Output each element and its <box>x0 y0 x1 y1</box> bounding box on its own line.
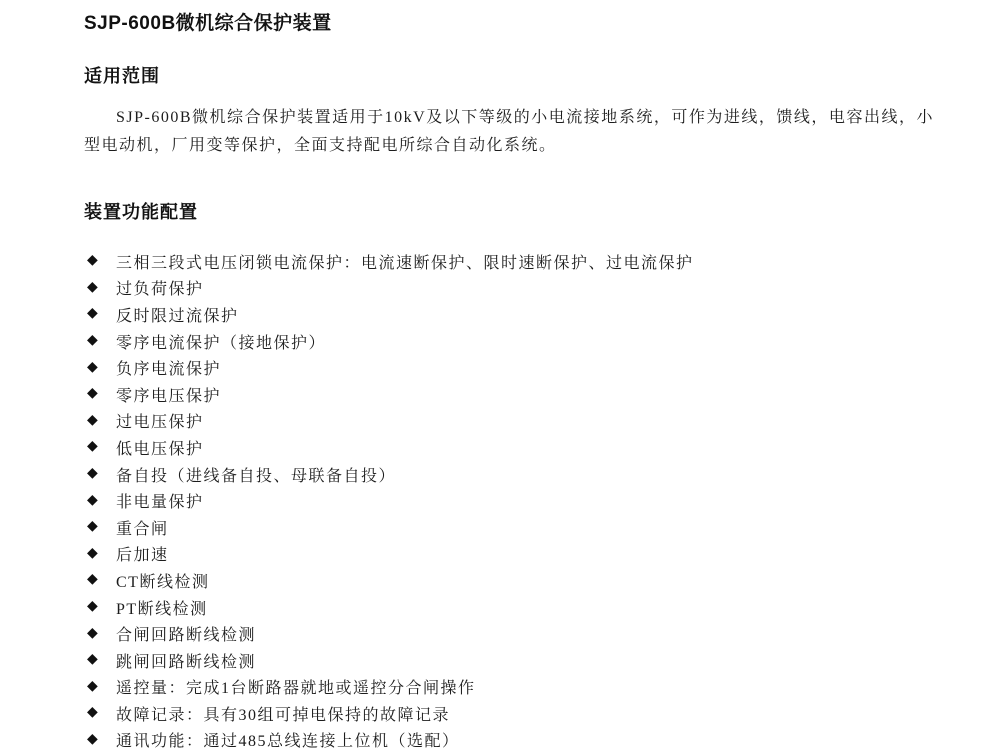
list-item-label: 零序电流保护（接地保护） <box>116 330 326 353</box>
list-item-label: 跳闸回路断线检测 <box>116 649 256 672</box>
list-item-label: 非电量保护 <box>116 489 204 512</box>
list-item: ◆ 反时限过流保护 <box>84 301 934 328</box>
diamond-bullet-icon: ◆ <box>87 573 102 587</box>
section-heading-scope: 适用范围 <box>84 64 934 88</box>
list-item-label: 合闸回路断线检测 <box>116 622 256 645</box>
document-page: SJP-600B微机综合保护装置 适用范围 SJP-600B微机综合保护装置适用… <box>0 0 1000 753</box>
list-item-label: 低电压保护 <box>116 436 204 459</box>
diamond-bullet-icon: ◆ <box>87 414 102 428</box>
diamond-bullet-icon: ◆ <box>87 467 102 481</box>
list-item: ◆ 备自投（进线备自投、母联备自投） <box>84 461 934 488</box>
diamond-bullet-icon: ◆ <box>87 281 102 295</box>
diamond-bullet-icon: ◆ <box>87 387 102 401</box>
list-item-label: 遥控量：完成1台断路器就地或遥控分合闸操作 <box>116 675 476 698</box>
list-item-label: 备自投（进线备自投、母联备自投） <box>116 463 396 486</box>
list-item: ◆ 过电压保护 <box>84 408 934 435</box>
diamond-bullet-icon: ◆ <box>87 254 102 268</box>
list-item-label: 过电压保护 <box>116 409 204 432</box>
list-item-label: 负序电流保护 <box>116 356 221 379</box>
list-item: ◆ 重合闸 <box>84 514 934 541</box>
list-item-label: 故障记录：具有30组可掉电保持的故障记录 <box>116 702 450 725</box>
list-item: ◆ 通讯功能：通过485总线连接上位机（选配） <box>84 727 934 753</box>
list-item-label: 过负荷保护 <box>116 276 204 299</box>
list-item: ◆ 过负荷保护 <box>84 275 934 302</box>
section-heading-functions: 装置功能配置 <box>84 200 934 224</box>
list-item: ◆ 跳闸回路断线检测 <box>84 647 934 674</box>
list-item-label: 反时限过流保护 <box>116 303 239 326</box>
list-item-label: CT断线检测 <box>116 569 209 592</box>
diamond-bullet-icon: ◆ <box>87 733 102 747</box>
list-item: ◆ 低电压保护 <box>84 434 934 461</box>
diamond-bullet-icon: ◆ <box>87 680 102 694</box>
list-item: ◆ 后加速 <box>84 541 934 568</box>
diamond-bullet-icon: ◆ <box>87 627 102 641</box>
diamond-bullet-icon: ◆ <box>87 547 102 561</box>
page-title: SJP-600B微机综合保护装置 <box>84 12 934 36</box>
function-list: ◆ 三相三段式电压闭锁电流保护：电流速断保护、限时速断保护、过电流保护 ◆ 过负… <box>84 248 934 753</box>
diamond-bullet-icon: ◆ <box>87 653 102 667</box>
list-item: ◆ 遥控量：完成1台断路器就地或遥控分合闸操作 <box>84 674 934 701</box>
list-item: ◆ 合闸回路断线检测 <box>84 620 934 647</box>
scope-paragraph: SJP-600B微机综合保护装置适用于10kV及以下等级的小电流接地系统，可作为… <box>84 104 934 160</box>
diamond-bullet-icon: ◆ <box>87 307 102 321</box>
diamond-bullet-icon: ◆ <box>87 334 102 348</box>
list-item-label: 零序电压保护 <box>116 383 221 406</box>
list-item: ◆ 故障记录：具有30组可掉电保持的故障记录 <box>84 700 934 727</box>
diamond-bullet-icon: ◆ <box>87 440 102 454</box>
list-item-label: PT断线检测 <box>116 596 208 619</box>
list-item: ◆ CT断线检测 <box>84 567 934 594</box>
diamond-bullet-icon: ◆ <box>87 361 102 375</box>
list-item: ◆ 零序电流保护（接地保护） <box>84 328 934 355</box>
list-item-label: 三相三段式电压闭锁电流保护：电流速断保护、限时速断保护、过电流保护 <box>116 250 694 273</box>
list-item: ◆ 三相三段式电压闭锁电流保护：电流速断保护、限时速断保护、过电流保护 <box>84 248 934 275</box>
list-item: ◆ 负序电流保护 <box>84 354 934 381</box>
diamond-bullet-icon: ◆ <box>87 600 102 614</box>
diamond-bullet-icon: ◆ <box>87 706 102 720</box>
list-item: ◆ PT断线检测 <box>84 594 934 621</box>
list-item-label: 通讯功能：通过485总线连接上位机（选配） <box>116 728 460 751</box>
diamond-bullet-icon: ◆ <box>87 520 102 534</box>
list-item: ◆ 零序电压保护 <box>84 381 934 408</box>
diamond-bullet-icon: ◆ <box>87 494 102 508</box>
list-item-label: 重合闸 <box>116 516 169 539</box>
list-item: ◆ 非电量保护 <box>84 487 934 514</box>
list-item-label: 后加速 <box>116 542 169 565</box>
